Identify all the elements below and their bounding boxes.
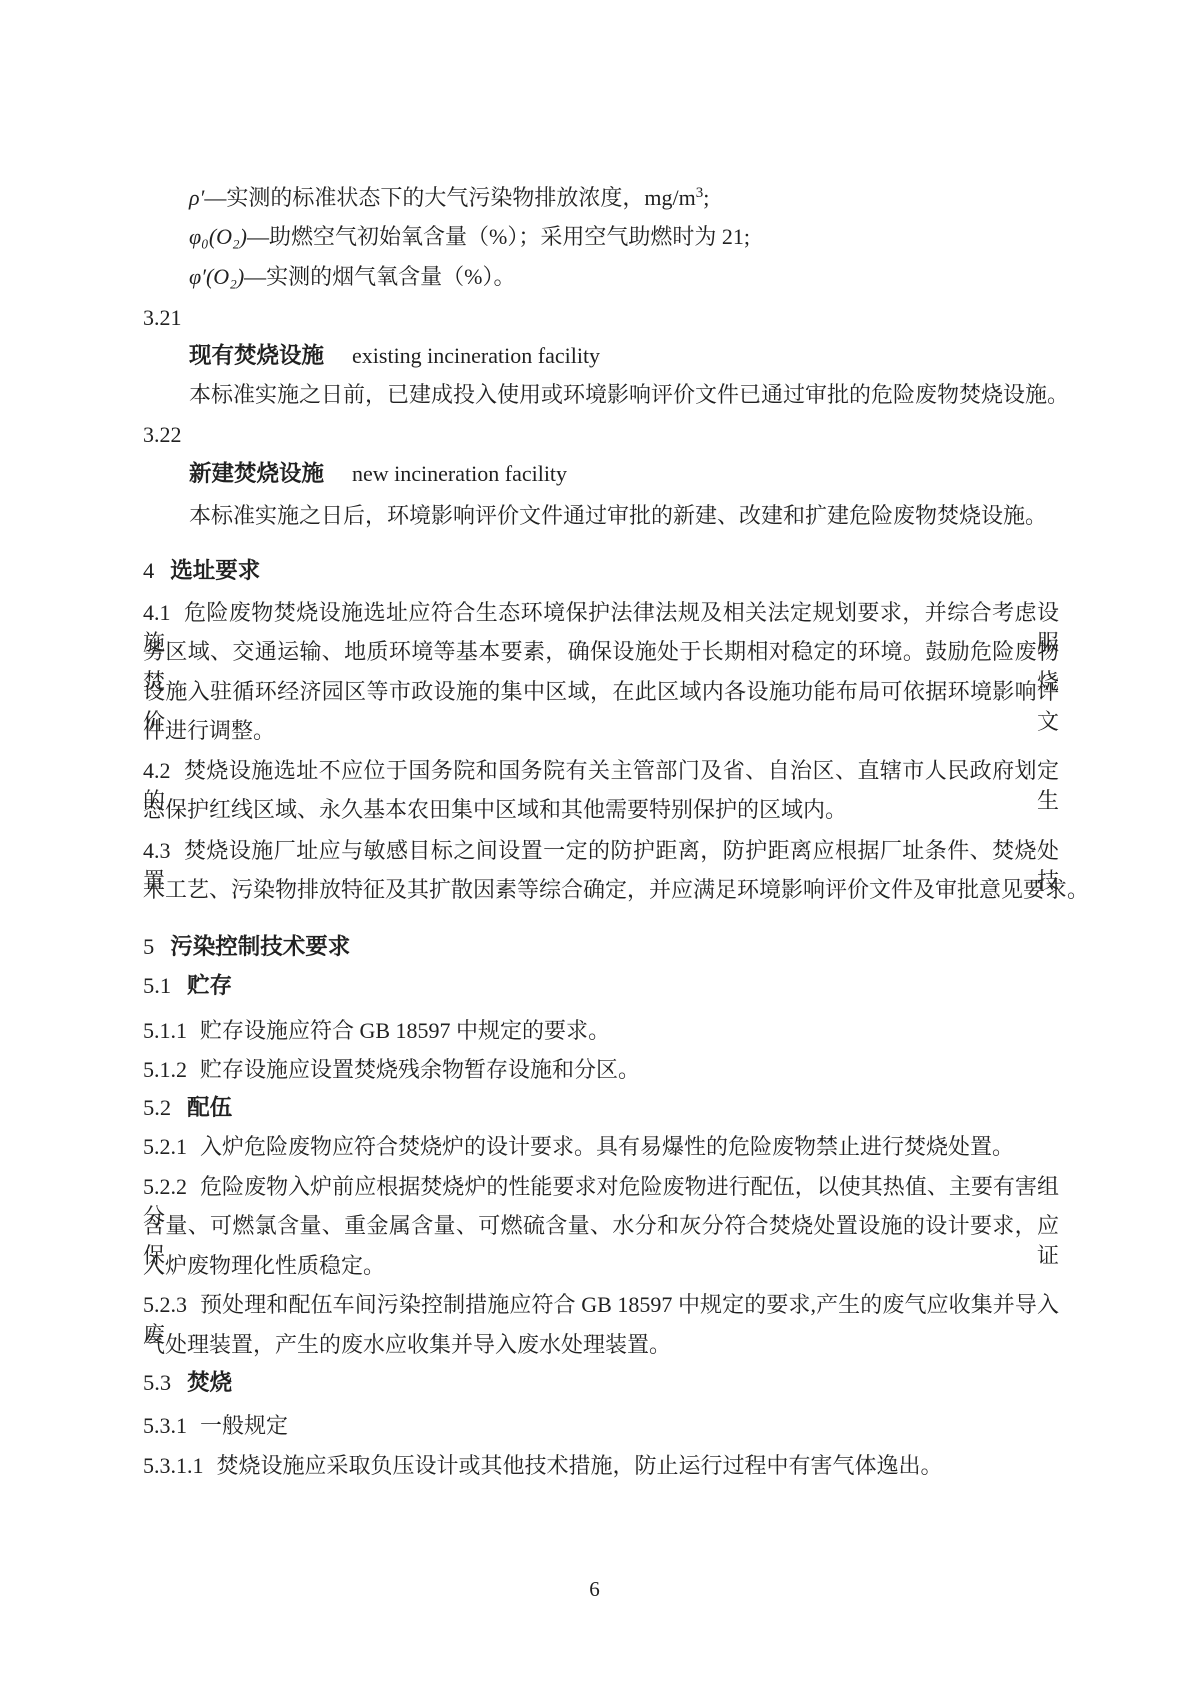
subsection-number: 5.1	[143, 973, 171, 998]
subsection-title: 配伍	[187, 1095, 232, 1120]
subsection-number: 5.2	[143, 1095, 171, 1120]
subsection-title: 贮存	[187, 973, 232, 998]
clause-line: 件进行调整。	[143, 716, 1059, 746]
symbol-definition-line: ρ′—实测的标准状态下的大气污染物排放浓度，mg/m3;	[189, 183, 1059, 213]
section-title: 污染控制技术要求	[170, 934, 350, 959]
term-definition: 本标准实施之日后，环境影响评价文件通过审批的新建、改建和扩建危险废物焚烧设施。	[189, 501, 1059, 531]
clause-line: 5.1.2贮存设施应设置焚烧残余物暂存设施和分区。	[143, 1055, 1059, 1085]
clause-text: 贮存设施应设置焚烧残余物暂存设施和分区。	[200, 1057, 640, 1082]
clause-line: 术工艺、污染物排放特征及其扩散因素等综合确定，并应满足环境影响评价文件及审批意见…	[143, 875, 1059, 905]
symbol-definition-text: —实测的烟气氧含量（%）。	[244, 264, 515, 289]
unit-superscript: 3	[696, 185, 704, 201]
clause-number: 4.3	[143, 838, 171, 863]
clause-line: 气处理装置，产生的废水应收集并导入废水处理装置。	[143, 1330, 1059, 1360]
greek-symbol: φ₀(O₂)	[189, 224, 247, 249]
clause-line: 4.2焚烧设施选址不应位于国务院和国务院有关主管部门及省、自治区、直辖市人民政府…	[143, 756, 1059, 786]
clause-line: 设施入驻循环经济园区等市政设施的集中区域，在此区域内各设施功能布局可依据环境影响…	[143, 677, 1059, 707]
term-definition: 本标准实施之日前，已建成投入使用或环境影响评价文件已通过审批的危险废物焚烧设施。	[189, 380, 1059, 410]
subsection-number: 5.3	[143, 1370, 171, 1395]
term-en: existing incineration facility	[352, 343, 600, 368]
subsection-heading: 5.1贮存	[143, 971, 1059, 1001]
subsection-title: 焚烧	[187, 1370, 232, 1395]
term-heading: 新建焚烧设施new incineration facility	[189, 459, 1059, 489]
section-number: 5	[143, 934, 154, 959]
section-title: 选址要求	[170, 558, 260, 583]
clause-text: 一般规定	[200, 1413, 288, 1438]
subsection-heading: 5.3焚烧	[143, 1368, 1059, 1398]
clause-number: 5.2.2	[143, 1174, 187, 1199]
clause-line: 4.3焚烧设施厂址应与敏感目标之间设置一定的防护距离，防护距离应根据厂址条件、焚…	[143, 836, 1059, 866]
clause-number: 3.21	[143, 303, 1059, 333]
clause-number: 4.2	[143, 758, 171, 783]
clause-line: 5.3.1.1焚烧设施应采取负压设计或其他技术措施，防止运行过程中有害气体逸出。	[143, 1451, 1059, 1481]
term-zh: 现有焚烧设施	[189, 343, 324, 368]
subsection-heading: 5.2配伍	[143, 1093, 1059, 1123]
symbol-definition-line: φ₀(O₂)—助燃空气初始氧含量（%）；采用空气助燃时为 21;	[189, 222, 1059, 252]
symbol-definition-line: φ′(O₂)—实测的烟气氧含量（%）。	[189, 262, 1059, 292]
clause-number: 5.1.1	[143, 1018, 187, 1043]
greek-symbol: ρ′	[189, 185, 204, 210]
clause-text: 贮存设施应符合 GB 18597 中规定的要求。	[200, 1018, 610, 1043]
clause-line: 态保护红线区域、永久基本农田集中区域和其他需要特别保护的区域内。	[143, 795, 1059, 825]
clause-line: 5.3.1一般规定	[143, 1411, 1059, 1441]
term-zh: 新建焚烧设施	[189, 461, 324, 486]
clause-number: 5.2.3	[143, 1292, 187, 1317]
clause-number: 5.1.2	[143, 1057, 187, 1082]
clause-number: 3.22	[143, 420, 1059, 450]
section-number: 4	[143, 558, 154, 583]
clause-text: 入炉危险废物应符合焚烧炉的设计要求。具有易爆性的危险废物禁止进行焚烧处置。	[200, 1134, 1014, 1159]
clause-number: 5.2.1	[143, 1134, 187, 1159]
symbol-definition-text: —助燃空气初始氧含量（%）；采用空气助燃时为 21;	[247, 224, 750, 249]
clause-line: 入炉废物理化性质稳定。	[143, 1251, 1059, 1281]
term-en: new incineration facility	[352, 461, 567, 486]
clause-number: 5.3.1.1	[143, 1453, 204, 1478]
clause-line: 5.2.2危险废物入炉前应根据焚烧炉的性能要求对危险废物进行配伍，以使其热值、主…	[143, 1172, 1059, 1202]
document-page: ρ′—实测的标准状态下的大气污染物排放浓度，mg/m3; φ₀(O₂)—助燃空气…	[0, 0, 1190, 1683]
page-number: 6	[0, 1577, 1190, 1602]
clause-line: 含量、可燃氯含量、重金属含量、可燃硫含量、水分和灰分符合焚烧处置设施的设计要求，…	[143, 1211, 1059, 1241]
clause-number: 4.1	[143, 600, 171, 625]
clause-text: 焚烧设施应采取负压设计或其他技术措施，防止运行过程中有害气体逸出。	[217, 1453, 943, 1478]
clause-line: 5.1.1贮存设施应符合 GB 18597 中规定的要求。	[143, 1016, 1059, 1046]
section-heading: 5污染控制技术要求	[143, 932, 1059, 962]
clause-line: 5.2.1入炉危险废物应符合焚烧炉的设计要求。具有易爆性的危险废物禁止进行焚烧处…	[143, 1132, 1059, 1162]
symbol-definition-tail: ;	[703, 185, 709, 210]
greek-symbol: φ′(O₂)	[189, 264, 244, 289]
clause-line: 5.2.3预处理和配伍车间污染控制措施应符合 GB 18597 中规定的要求,产…	[143, 1290, 1059, 1320]
symbol-definition-text: —实测的标准状态下的大气污染物排放浓度，mg/m	[204, 185, 695, 210]
clause-line: 务区域、交通运输、地质环境等基本要素，确保设施处于长期相对稳定的环境。鼓励危险废…	[143, 637, 1059, 667]
term-heading: 现有焚烧设施existing incineration facility	[189, 341, 1059, 371]
section-heading: 4选址要求	[143, 556, 1059, 586]
clause-number: 5.3.1	[143, 1413, 187, 1438]
clause-line: 4.1危险废物焚烧设施选址应符合生态环境保护法律法规及相关法定规划要求，并综合考…	[143, 598, 1059, 628]
